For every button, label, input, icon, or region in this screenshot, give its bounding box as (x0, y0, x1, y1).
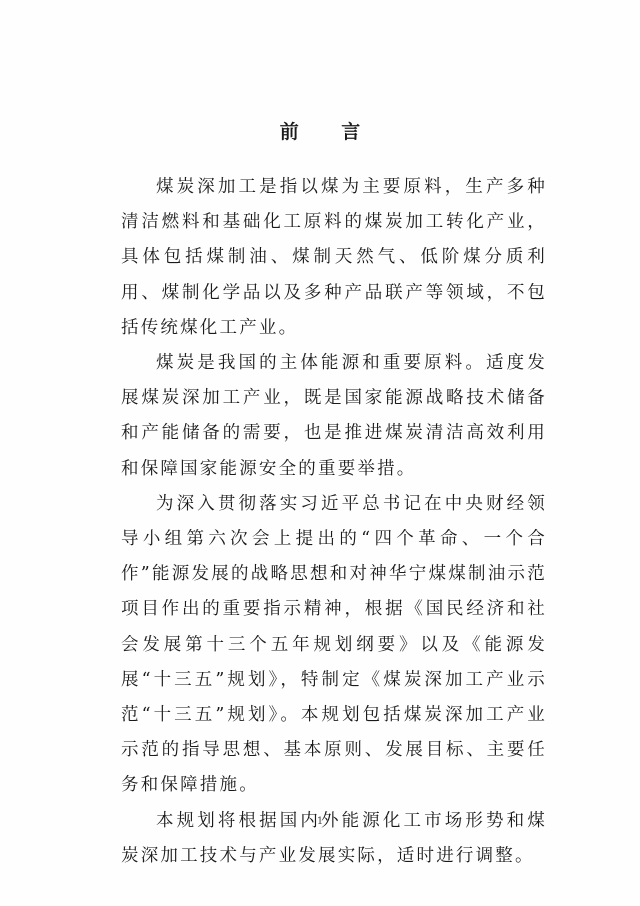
page-number: 1 (0, 816, 640, 827)
paragraph: 为深入贯彻落实习近平总书记在中央财经领导小组第六次会上提出的“四个革命、一个合作… (121, 487, 547, 804)
paragraph: 煤炭是我国的主体能源和重要原料。适度发展煤炭深加工产业，既是国家能源战略技术储备… (121, 346, 547, 487)
document-page: 前 言 煤炭深加工是指以煤为主要原料，生产多种清洁燃料和基础化工原料的煤炭加工转… (0, 0, 640, 906)
document-body: 煤炭深加工是指以煤为主要原料，生产多种清洁燃料和基础化工原料的煤炭加工转化产业，… (121, 170, 547, 874)
paragraph: 本规划将根据国内外能源化工市场形势和煤炭深加工技术与产业发展实际，适时进行调整。 (121, 804, 547, 874)
page-title: 前 言 (0, 117, 640, 144)
paragraph: 煤炭深加工是指以煤为主要原料，生产多种清洁燃料和基础化工原料的煤炭加工转化产业，… (121, 170, 547, 346)
